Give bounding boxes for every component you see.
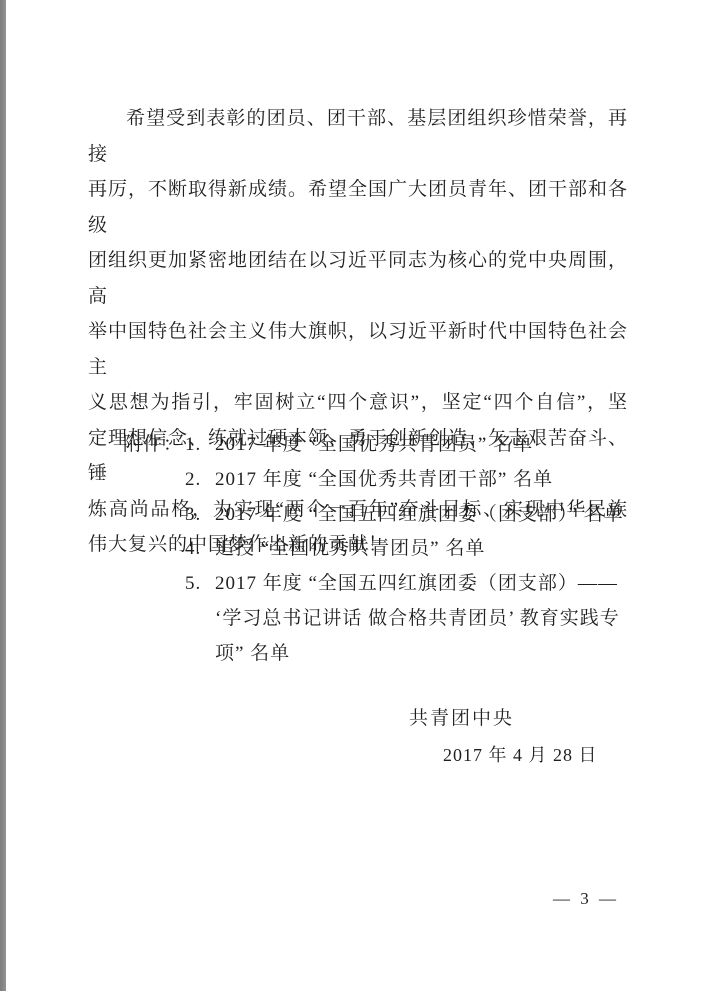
attachment-item-text: 2017 年度 “全国优秀共青团员” 名单 [215, 428, 635, 463]
body-line: 义思想为指引，牢固树立“四个意识”，坚定“四个自信”，坚 [88, 385, 628, 421]
attachment-item-number: 3. [185, 498, 215, 533]
attachment-list: 附件： 1. 2017 年度 “全国优秀共青团员” 名单 2. 2017 年度 … [123, 428, 635, 672]
attachment-item-line: ‘学习总书记讲话 做合格共青团员’ 教育实践专 [215, 602, 635, 637]
attachment-item-text: 2017 年度 “全国优秀共青团干部” 名单 [215, 463, 635, 498]
attachment-label: 附件： [123, 428, 185, 672]
body-line: 团组织更加紧密地团结在以习近平同志为核心的党中央周围，高 [88, 243, 628, 314]
signature-organization: 共青团中央 [409, 703, 514, 730]
attachment-item-number: 1. [185, 428, 215, 463]
document-page: 希望受到表彰的团员、团干部、基层团组织珍惜荣誉，再接 再厉，不断取得新成绩。希望… [0, 0, 712, 991]
attachment-item-number: 2. [185, 463, 215, 498]
body-line: 举中国特色社会主义伟大旗帜，以习近平新时代中国特色社会主 [88, 314, 628, 385]
attachment-item-line: 项” 名单 [215, 637, 635, 672]
attachment-item: 1. 2017 年度 “全国优秀共青团员” 名单 [185, 428, 635, 463]
body-line: 再厉，不断取得新成绩。希望全国广大团员青年、团干部和各级 [88, 172, 628, 243]
attachment-item: 3. 2017 年度 “全国五四红旗团委（团支部）” 名单 [185, 498, 635, 533]
attachment-item: 2. 2017 年度 “全国优秀共青团干部” 名单 [185, 463, 635, 498]
attachment-item: 5. 2017 年度 “全国五四红旗团委（团支部）—— ‘学习总书记讲话 做合格… [185, 567, 635, 671]
body-line: 希望受到表彰的团员、团干部、基层团组织珍惜荣誉，再接 [88, 101, 628, 172]
attachment-item: 4. 追授 “全国优秀共青团员” 名单 [185, 532, 635, 567]
attachment-item-text: 2017 年度 “全国五四红旗团委（团支部）” 名单 [215, 498, 635, 533]
page-number: — 3 — [553, 889, 619, 909]
scan-edge-shadow [0, 0, 6, 991]
attachment-item-line: 2017 年度 “全国五四红旗团委（团支部）—— [215, 567, 635, 602]
attachment-item-number: 5. [185, 567, 215, 671]
signature-date: 2017 年 4 月 28 日 [443, 741, 598, 767]
attachment-item-number: 4. [185, 532, 215, 567]
attachment-item-text: 2017 年度 “全国五四红旗团委（团支部）—— ‘学习总书记讲话 做合格共青团… [215, 567, 635, 671]
attachment-item-text: 追授 “全国优秀共青团员” 名单 [215, 532, 635, 567]
